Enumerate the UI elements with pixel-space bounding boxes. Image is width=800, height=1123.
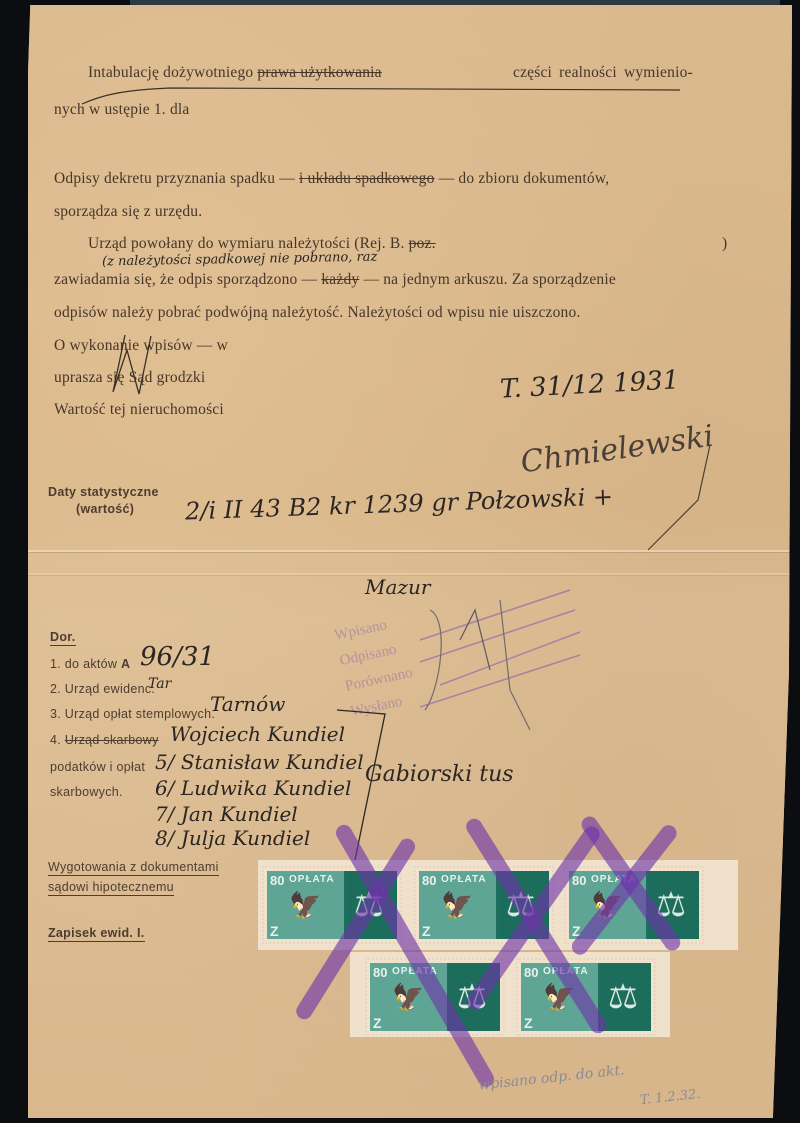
zawiadamia-line: zawiadamia się, że odpis sporządzono — k… [54, 271, 616, 289]
dor-item-3: 3. Urząd opłat stemplowych. [50, 707, 215, 721]
odpisy-line: Odpisy dekretu przyznania spadku — i ukł… [54, 170, 609, 188]
zapisek-label: Zapisek ewid. I. [48, 926, 145, 942]
dor-item-1: 1. do aktów A [50, 657, 130, 671]
scanner-background-strip [130, 0, 780, 5]
text-line-4: sporządza się z urzędu. [54, 203, 202, 221]
dor-item-2: 2. Urząd ewidenc. [50, 682, 155, 696]
text-line-10: Wartość tej nieruchomości [54, 401, 224, 419]
handwritten-name: 8/ Julja Kundiel [155, 826, 310, 850]
handwritten-name: 5/ Stanisław Kundiel [155, 750, 364, 774]
statistics-value-label: (wartość) [76, 502, 134, 516]
handwritten-mark-W [105, 330, 165, 400]
text-line-7: odpisów należy pobrać podwójną należytoś… [54, 304, 581, 322]
urzad-line: Urząd powołany do wymiaru należytości (R… [88, 235, 436, 253]
handwritten-signature: Gabiorski tus [365, 762, 514, 787]
signature-flourish [640, 440, 720, 560]
handwritten-note: Tar [148, 676, 171, 692]
handwritten-akt-number: 96/31 [140, 642, 215, 672]
dor-title: Dor. [50, 630, 76, 646]
dor-item-4: 4. Urząd skarbowy [50, 733, 159, 747]
handwritten-name: Wojciech Kundiel [170, 722, 345, 746]
stamp-lines-and-pencil [380, 570, 640, 740]
dor-item-5: podatków i opłat [50, 760, 145, 774]
handwritten-name: 6/ Ludwika Kundiel [155, 776, 351, 800]
text-line-2: nych w ustępie 1. dla [54, 101, 190, 119]
wygotowania-label-2: sądowi hipotecznemu [48, 880, 174, 896]
handwritten-name: 7/ Jan Kundiel [155, 802, 298, 826]
closing-paren: ) [722, 235, 727, 253]
wygotowania-label: Wygotowania z dokumentami [48, 860, 219, 876]
dor-item-6: skarbowych. [50, 785, 123, 799]
handwritten-place: Tarnów [210, 692, 285, 716]
statistics-label: Daty statystyczne [48, 485, 159, 499]
